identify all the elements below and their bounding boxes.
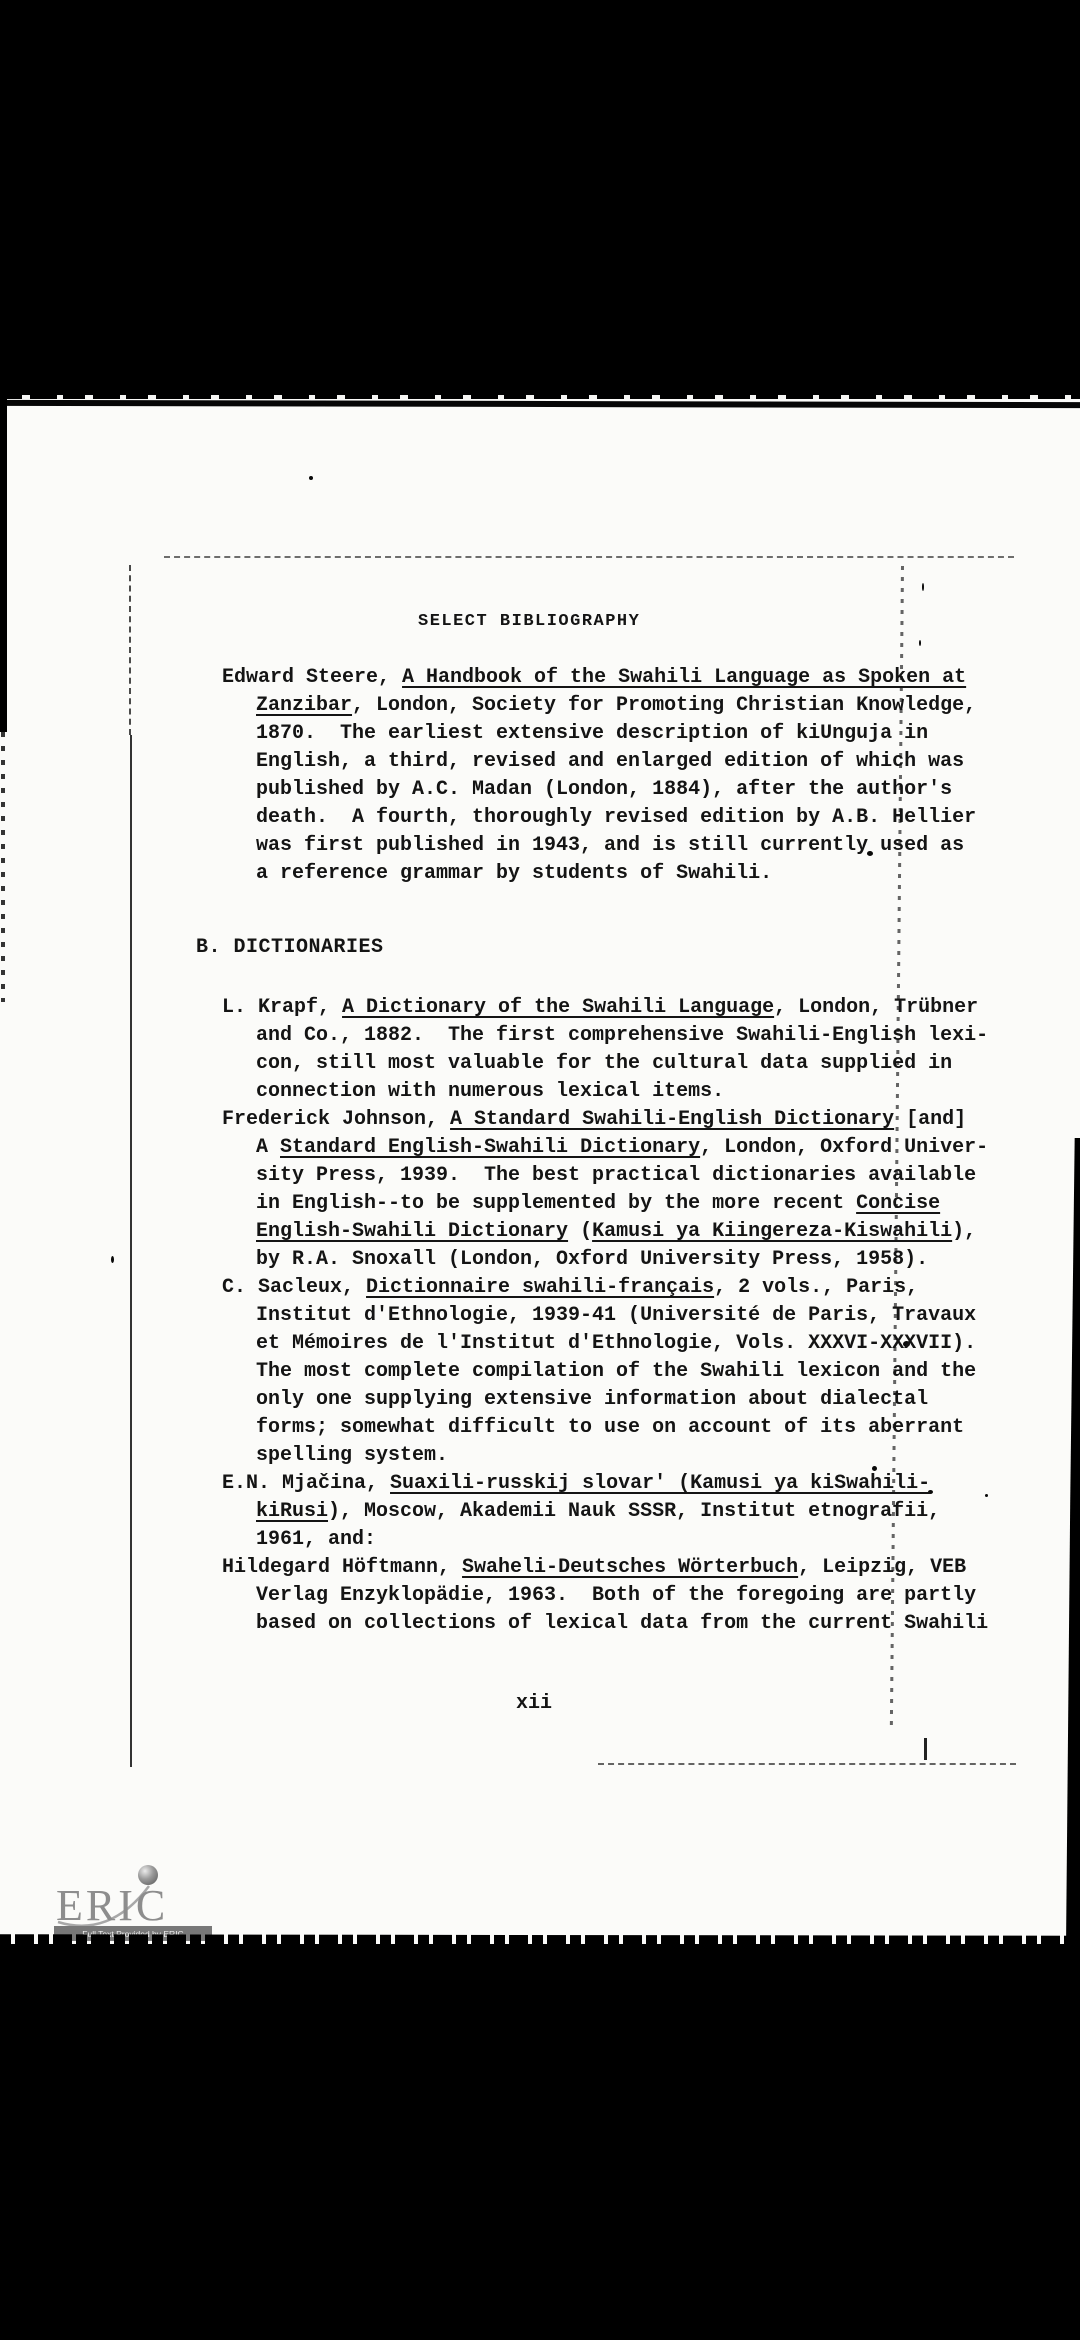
scan-black-band-bottom: [0, 1944, 1080, 2340]
bibliography-line: C. Sacleux, Dictionnaire swahili-françai…: [222, 1274, 988, 1302]
page-number: xii: [516, 1692, 552, 1715]
scanned-document-page: SELECT BIBLIOGRAPHY Edward Steere, A Han…: [0, 0, 1080, 2340]
bibliography-line: was first published in 1943, and is stil…: [256, 832, 976, 860]
bibliography-line: Edward Steere, A Handbook of the Swahili…: [222, 664, 976, 692]
bibliography-line: A Standard English-Swahili Dictionary, L…: [256, 1134, 988, 1162]
page-border-top: [164, 556, 1014, 558]
eric-logo: ERIC Full Text Provided by ERIC: [52, 1862, 232, 1944]
scan-edge-left: [0, 397, 7, 732]
bibliography-entry: E.N. Mjačina, Suaxili-russkij slovar' (K…: [222, 1470, 988, 1554]
bibliography-entry: Hildegard Höftmann, Swaheli-Deutsches Wö…: [222, 1554, 988, 1638]
bibliography-line: 1870. The earliest extensive description…: [256, 720, 976, 748]
bibliography-line: Hildegard Höftmann, Swaheli-Deutsches Wö…: [222, 1554, 988, 1582]
eric-wordmark: ERIC: [56, 1881, 168, 1930]
scan-tear-edge: [0, 395, 1080, 399]
bibliography-line: in English--to be supplemented by the mo…: [256, 1190, 988, 1218]
bibliography-entry: Frederick Johnson, A Standard Swahili-En…: [222, 1106, 988, 1274]
bibliography-line: forms; somewhat difficult to use on acco…: [256, 1414, 988, 1442]
bibliography-line: L. Krapf, A Dictionary of the Swahili La…: [222, 994, 988, 1022]
scan-edge-left-speckles: [1, 732, 5, 1002]
bibliography-line: a reference grammar by students of Swahi…: [256, 860, 976, 888]
scan-black-band-top: [0, 0, 1080, 396]
section-b-entries: L. Krapf, A Dictionary of the Swahili La…: [222, 994, 988, 1638]
bibliography-line: et Mémoires de l'Institut d'Ethnologie, …: [256, 1330, 988, 1358]
bibliography-entry: Edward Steere, A Handbook of the Swahili…: [222, 664, 976, 888]
bibliography-line: Zanzibar, London, Society for Promoting …: [256, 692, 976, 720]
scan-speckle: [309, 476, 313, 480]
bibliography-line: English-Swahili Dictionary (Kamusi ya Ki…: [256, 1218, 988, 1246]
bibliography-line: kiRusi), Moscow, Akademii Nauk SSSR, Ins…: [256, 1498, 988, 1526]
scan-speckle: [111, 1256, 114, 1263]
bibliography-line: Frederick Johnson, A Standard Swahili-En…: [222, 1106, 988, 1134]
bibliography-line: Verlag Enzyklopädie, 1963. Both of the f…: [256, 1582, 988, 1610]
section-b-heading: B. DICTIONARIES: [196, 936, 384, 959]
bibliography-line: and Co., 1882. The first comprehensive S…: [256, 1022, 988, 1050]
bibliography-line: The most complete compilation of the Swa…: [256, 1358, 988, 1386]
bibliography-line: spelling system.: [256, 1442, 988, 1470]
bibliography-line: sity Press, 1939. The best practical dic…: [256, 1162, 988, 1190]
page-title: SELECT BIBLIOGRAPHY: [418, 612, 640, 631]
bibliography-entry: L. Krapf, A Dictionary of the Swahili La…: [222, 994, 988, 1106]
bibliography-line: E.N. Mjačina, Suaxili-russkij slovar' (K…: [222, 1470, 988, 1498]
bibliography-line: English, a third, revised and enlarged e…: [256, 748, 976, 776]
section-a-entries: Edward Steere, A Handbook of the Swahili…: [222, 664, 976, 888]
bibliography-line: Institut d'Ethnologie, 1939-41 (Universi…: [256, 1302, 988, 1330]
scan-edge-right: [1066, 1138, 1080, 1948]
page-border-left-dashed: [129, 565, 131, 735]
scan-speckle: [919, 640, 921, 646]
page-border-tick: [924, 1738, 927, 1760]
scan-speckle: [922, 583, 924, 591]
bibliography-line: published by A.C. Madan (London, 1884), …: [256, 776, 976, 804]
bibliography-line: death. A fourth, thoroughly revised edit…: [256, 804, 976, 832]
bibliography-entry: C. Sacleux, Dictionnaire swahili-françai…: [222, 1274, 988, 1470]
bibliography-line: con, still most valuable for the cultura…: [256, 1050, 988, 1078]
bibliography-line: connection with numerous lexical items.: [256, 1078, 988, 1106]
bibliography-line: by R.A. Snoxall (London, Oxford Universi…: [256, 1246, 988, 1274]
scan-noise-line: [0, 400, 1080, 408]
page-border-bottom: [598, 1763, 1016, 1765]
page-border-left: [130, 735, 132, 1767]
bibliography-line: 1961, and:: [256, 1526, 988, 1554]
bibliography-line: based on collections of lexical data fro…: [256, 1610, 988, 1638]
bibliography-line: only one supplying extensive information…: [256, 1386, 988, 1414]
